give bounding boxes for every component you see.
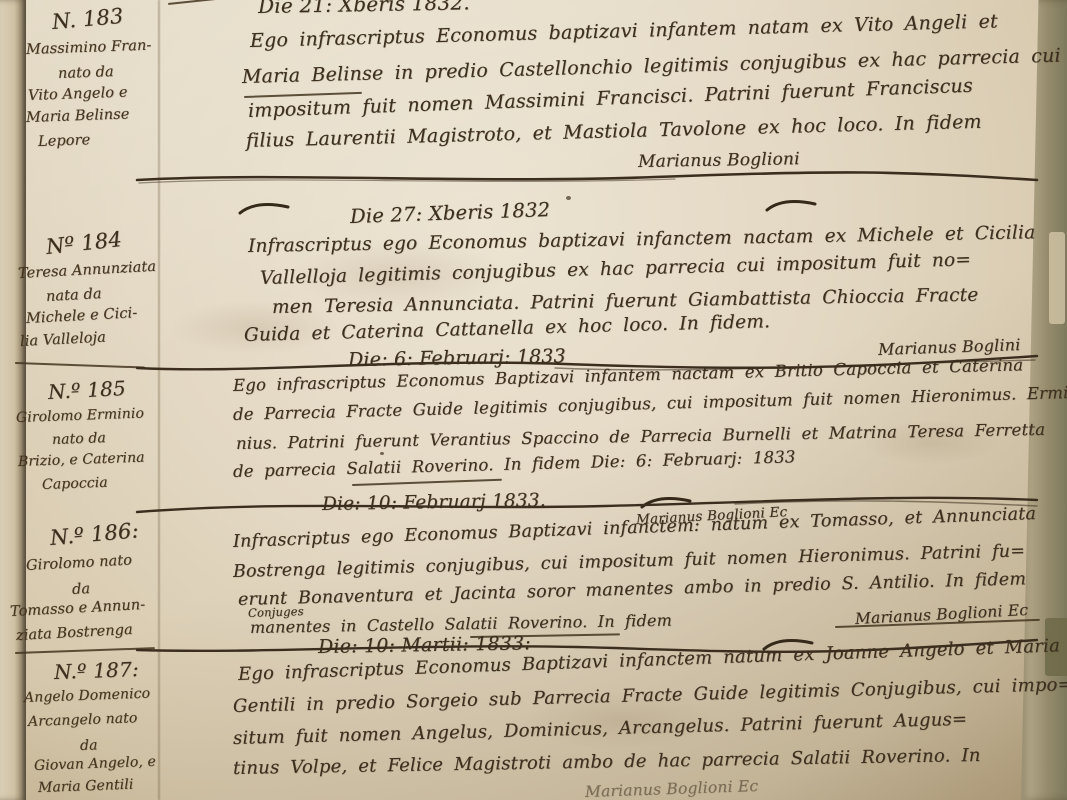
margin-note-line: da [80, 737, 98, 754]
margin-note-line: nato da [52, 430, 106, 448]
margin-note-line: Capoccia [42, 475, 108, 493]
entry-date: Die 21: Xberis 1832. [258, 0, 470, 18]
register-page: N. 183 Massimino Fran- nato da Vito Ange… [0, 0, 1067, 800]
margin-note-line: Giovan Angelo, e [34, 754, 156, 774]
entry-number: Nº 184 [45, 227, 123, 259]
margin-note-line: Arcangelo nato [28, 710, 138, 730]
margin-note-line: Vito Angelo e [28, 85, 128, 104]
previous-page-edge [0, 0, 26, 800]
record-line: Vallelloja legitimis conjugibus ex hac p… [260, 249, 972, 289]
margin-note-line: Girolomo Erminio [16, 406, 145, 426]
margin-note-line: Lepore [38, 132, 91, 150]
margin-note-line: Girolomo nato [26, 552, 133, 574]
entry-number: N.º 186: [49, 518, 140, 550]
record-line: men Teresia Annunciata. Patrini fuerunt … [272, 285, 979, 318]
margin-note-line: Tomasso e Annun- [10, 597, 146, 620]
entry-number: N.º 185 [47, 376, 126, 404]
margin-divider-stroke [15, 362, 145, 369]
ink-spot [566, 196, 571, 200]
margin-note-line: Michele e Cici- [26, 305, 138, 327]
margin-note-line: nato da [58, 64, 114, 82]
margin-note-line: Angelo Domenico [24, 686, 151, 706]
margin-note-line: Brizio, e Caterina [18, 450, 145, 470]
record-line: tinus Volpe, et Felice Magistroti ambo d… [233, 745, 981, 779]
record-line: de parrecia Salatii Roverino. In fidem D… [233, 447, 796, 481]
book-edge-patch [1049, 232, 1065, 324]
entry-date: Die 27: Xberis 1832 [350, 198, 551, 228]
margin-note-line: Maria Gentili [38, 777, 134, 796]
margin-note-line: ziata Bostrenga [16, 622, 134, 644]
margin-divider-stroke [15, 647, 155, 654]
priest-signature-partial: Marianus Boglioni Ec [585, 777, 759, 800]
ink-spot [380, 452, 384, 455]
entry-divider-line [135, 166, 1040, 194]
record-line: nius. Patrini fuerunt Verantius Spaccino… [236, 420, 1046, 453]
entry-number: N.º 187: [54, 657, 140, 684]
ink-underline [352, 479, 502, 486]
flourish-mark [765, 195, 819, 213]
margin-note-line: da [72, 581, 91, 598]
entry-number: N. 183 [51, 4, 124, 34]
margin-note-line: lia Valleloja [20, 330, 107, 350]
margin-note-line: Teresa Annunziata [18, 259, 157, 282]
record-line: Ego infrascriptus Economus baptizavi inf… [250, 10, 998, 52]
margin-rule-line [158, 0, 160, 800]
margin-note-line: Maria Belinse [26, 106, 130, 126]
margin-note-line: nata da [46, 286, 102, 305]
flourish-mark [238, 198, 292, 216]
ink-flourish-stroke [168, 0, 226, 5]
margin-note-line: Massimino Fran- [26, 38, 152, 58]
record-line: situm fuit nomen Angelus, Dominicus, Arc… [233, 709, 968, 749]
